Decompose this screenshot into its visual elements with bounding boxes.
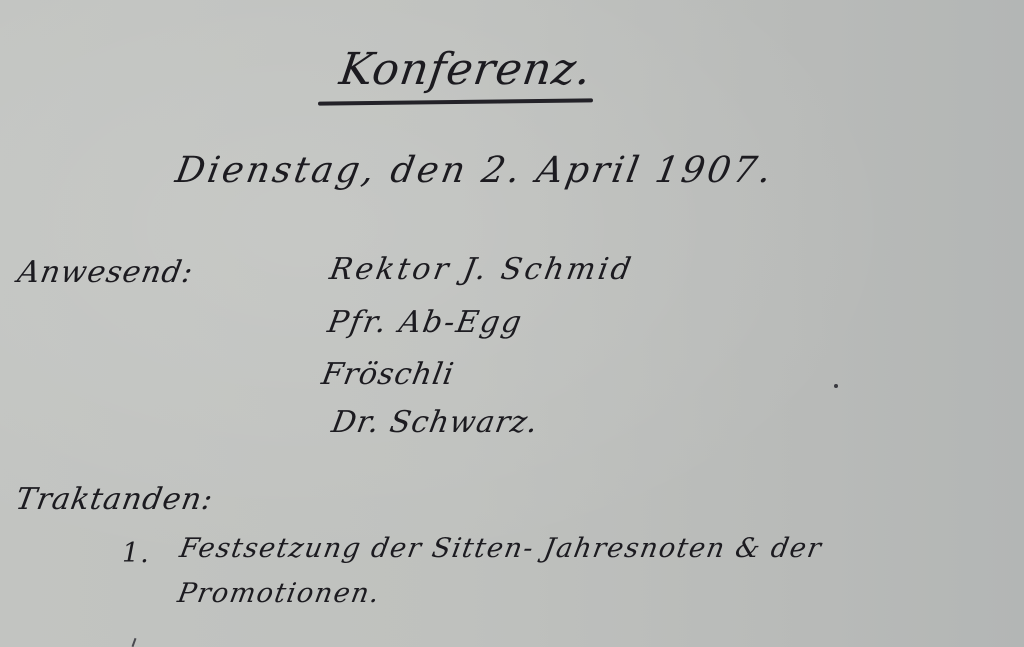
agenda-item-number: 1. — [122, 538, 150, 569]
present-label: Anwesend: — [15, 255, 196, 290]
meeting-date: Dienstag, den 2. April 1907. — [172, 150, 777, 191]
agenda-label: Traktanden: — [13, 482, 216, 517]
attendee-name: Fröschli — [319, 357, 457, 392]
agenda-item-text-continued: Promotionen. — [175, 578, 383, 609]
ink-spot — [834, 384, 838, 388]
title-underline — [318, 98, 593, 105]
attendee-name: Pfr. Ab-Egg — [325, 305, 526, 340]
attendee-name: Rektor J. Schmid — [327, 252, 636, 287]
handwritten-page: Konferenz. Dienstag, den 2. April 1907. … — [0, 0, 1024, 647]
attendee-name: Dr. Schwarz. — [329, 405, 541, 440]
document-title: Konferenz. — [336, 44, 595, 95]
agenda-item-text: Festsetzung der Sitten- Jahresnoten & de… — [177, 533, 824, 564]
ink-mark — [132, 638, 137, 647]
